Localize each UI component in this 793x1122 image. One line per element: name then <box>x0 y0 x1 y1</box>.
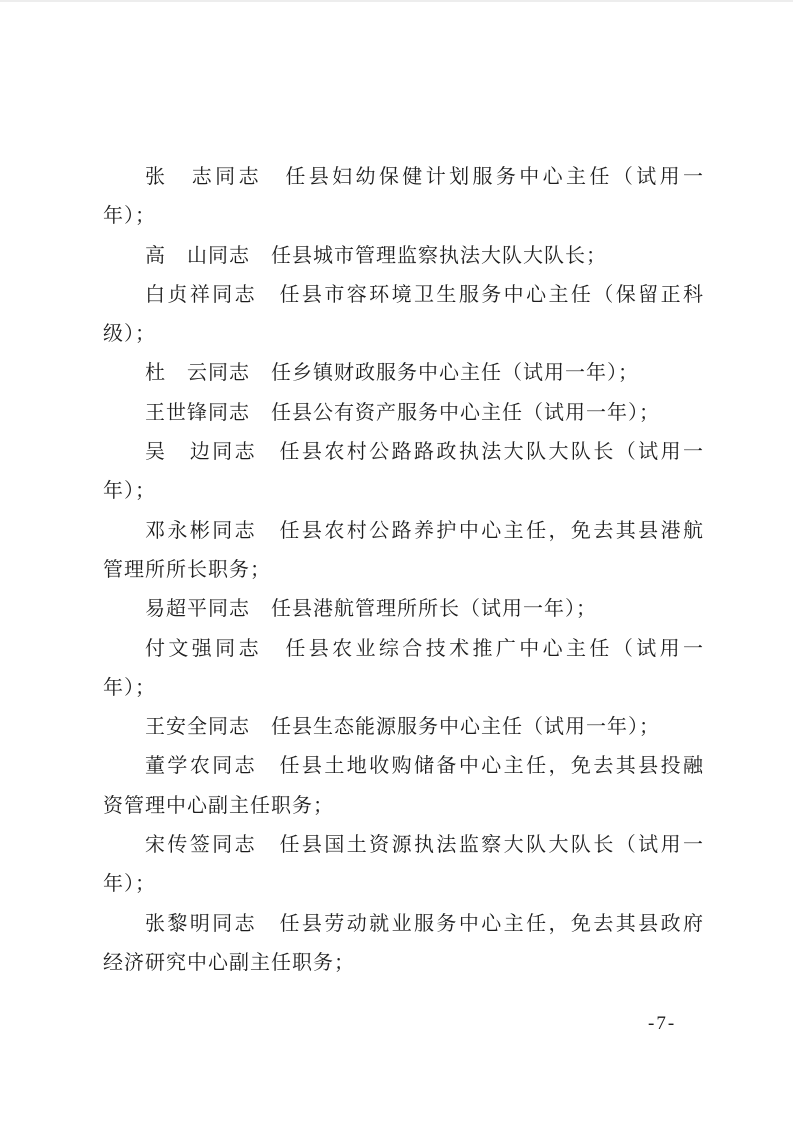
text-line: 级）； <box>103 315 704 354</box>
text-line: 经济研究中心副主任职务； <box>103 944 704 983</box>
text-line: 白贞祥同志 任县市容环境卫生服务中心主任（保留正科 <box>103 276 704 315</box>
appointment-paragraph: 王安全同志 任县生态能源服务中心主任（试用一年）； <box>103 708 704 747</box>
appointment-paragraph: 高 山同志 任县城市管理监察执法大队大队长； <box>103 237 704 276</box>
appointment-paragraph: 宋传签同志 任县国土资源执法监察大队大队长（试用一年）； <box>103 826 704 905</box>
appointment-paragraph: 易超平同志 任县港航管理所所长（试用一年）； <box>103 590 704 629</box>
text-line: 年）； <box>103 669 704 708</box>
text-line: 董学农同志 任县土地收购储备中心主任，免去其县投融 <box>103 747 704 786</box>
text-line: 年）； <box>103 197 704 236</box>
text-line: 易超平同志 任县港航管理所所长（试用一年）； <box>103 590 704 629</box>
text-line: 管理所所长职务； <box>103 551 704 590</box>
appointment-paragraph: 杜 云同志 任乡镇财政服务中心主任（试用一年）； <box>103 354 704 393</box>
text-line: 王世锋同志 任县公有资产服务中心主任（试用一年）； <box>103 394 704 433</box>
appointment-paragraph: 张 志同志 任县妇幼保健计划服务中心主任（试用一年）； <box>103 158 704 237</box>
document-page: 张 志同志 任县妇幼保健计划服务中心主任（试用一年）；高 山同志 任县城市管理监… <box>0 0 793 1122</box>
appointment-paragraph: 邓永彬同志 任县农村公路养护中心主任，免去其县港航管理所所长职务； <box>103 512 704 591</box>
text-line: 杜 云同志 任乡镇财政服务中心主任（试用一年）； <box>103 354 704 393</box>
text-line: 付文强同志 任县农业综合技术推广中心主任（试用一 <box>103 630 704 669</box>
appointment-paragraph: 张黎明同志 任县劳动就业服务中心主任，免去其县政府经济研究中心副主任职务； <box>103 905 704 984</box>
page-number: -7- <box>648 1010 676 1038</box>
text-line: 高 山同志 任县城市管理监察执法大队大队长； <box>103 237 704 276</box>
appointment-paragraph: 王世锋同志 任县公有资产服务中心主任（试用一年）； <box>103 394 704 433</box>
appointment-paragraph: 吴 边同志 任县农村公路路政执法大队大队长（试用一年）； <box>103 433 704 512</box>
text-line: 邓永彬同志 任县农村公路养护中心主任，免去其县港航 <box>103 512 704 551</box>
text-line: 王安全同志 任县生态能源服务中心主任（试用一年）； <box>103 708 704 747</box>
scan-edge-artifact <box>0 0 793 2</box>
appointment-paragraph: 白贞祥同志 任县市容环境卫生服务中心主任（保留正科级）； <box>103 276 704 355</box>
document-body: 张 志同志 任县妇幼保健计划服务中心主任（试用一年）；高 山同志 任县城市管理监… <box>103 158 704 983</box>
text-line: 宋传签同志 任县国土资源执法监察大队大队长（试用一 <box>103 826 704 865</box>
text-line: 吴 边同志 任县农村公路路政执法大队大队长（试用一 <box>103 433 704 472</box>
text-line: 年）； <box>103 865 704 904</box>
appointment-paragraph: 董学农同志 任县土地收购储备中心主任，免去其县投融资管理中心副主任职务； <box>103 747 704 826</box>
text-line: 张 志同志 任县妇幼保健计划服务中心主任（试用一 <box>103 158 704 197</box>
text-line: 资管理中心副主任职务； <box>103 787 704 826</box>
text-line: 年）； <box>103 472 704 511</box>
text-line: 张黎明同志 任县劳动就业服务中心主任，免去其县政府 <box>103 905 704 944</box>
appointment-paragraph: 付文强同志 任县农业综合技术推广中心主任（试用一年）； <box>103 630 704 709</box>
